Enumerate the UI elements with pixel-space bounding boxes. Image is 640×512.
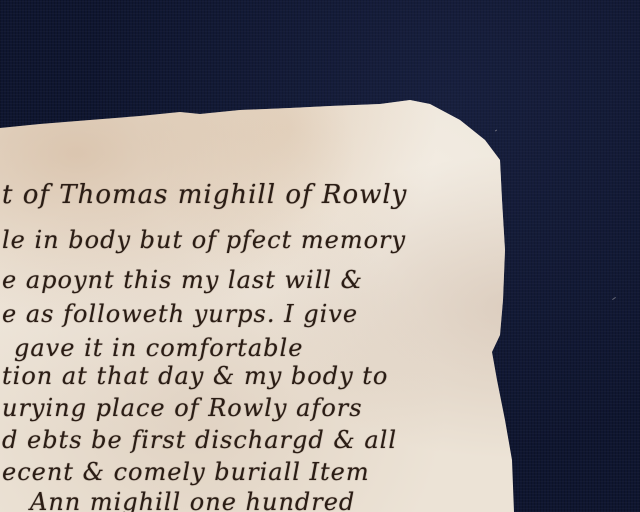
manuscript-line-6: tion at that day & my body to (2, 362, 388, 390)
manuscript-line-2: le in body but of pfect memory (2, 226, 406, 254)
manuscript-line-5: gave it in comfortable (14, 334, 303, 362)
manuscript-line-8: d ebts be first dischargd & all (2, 426, 397, 454)
fabric-lint-speck (495, 130, 497, 132)
manuscript-line-3: e apoynt this my last will & (2, 266, 363, 294)
manuscript-line-9: ecent & comely buriall Item (2, 458, 370, 486)
manuscript-line-7: urying place of Rowly afors (2, 394, 363, 422)
manuscript-fragment: t of Thomas mighill of Rowly le in body … (0, 0, 640, 512)
fabric-lint-speck (612, 297, 616, 300)
manuscript-line-4: e as followeth yurps. I give (2, 300, 358, 328)
manuscript-line-10: Ann mighill one hundred (30, 488, 355, 512)
manuscript-line-1: t of Thomas mighill of Rowly (2, 180, 407, 210)
